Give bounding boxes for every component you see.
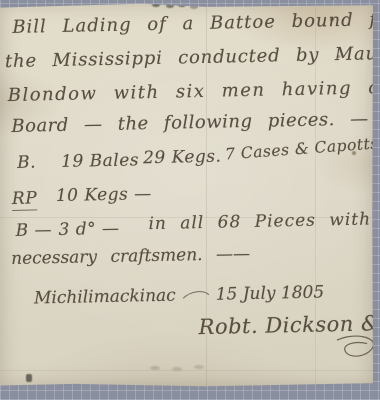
signature-flourish-icon: [333, 333, 380, 369]
body-line-3: Blondow with six men having on: [8, 77, 380, 106]
manifest-row2-kegs: 10 Kegs —: [56, 184, 152, 206]
body-line-1: Bill Lading of a Battoe bound for: [12, 9, 380, 38]
manifest-row1-bales: 19 Bales: [61, 150, 139, 172]
handwriting-layer: Bill Lading of a Battoe bound for the Mi…: [0, 0, 377, 387]
grid-board-background: Bill Lading of a Battoe bound for the Mi…: [0, 0, 380, 400]
manifest-row2-mark: RP: [12, 188, 38, 211]
ink-speck: [337, 55, 340, 58]
fold-crease-vertical-2: [315, 3, 316, 387]
manifest-row1-mark: B.: [17, 152, 36, 172]
manifest-row3-ditto: 3 d° —: [58, 219, 119, 240]
dateline: Michilimackinac 15 July 1805: [34, 282, 325, 308]
dateline-place: Michilimackinac: [34, 286, 176, 309]
fold-crease-horizontal-1: [0, 217, 373, 218]
manifest-row3-total: in all 68 Pieces with: [148, 209, 371, 234]
manifest-row1-kegs: 29 Kegs.: [143, 147, 222, 169]
ink-speck: [330, 18, 334, 21]
dateline-date: 15 July 1805: [216, 282, 325, 304]
manifest-row3-mark: B —: [15, 220, 52, 241]
fold-crease-horizontal-2: [0, 370, 373, 371]
top-edge-smudge: [152, 3, 160, 7]
manifest-row1-cases: 7 Cases & Capotts: [224, 134, 379, 163]
manuscript-paper: Bill Lading of a Battoe bound for the Mi…: [0, 3, 373, 387]
bottom-smudge: [150, 366, 160, 370]
body-line-2: the Mississippi conducted by Maurice: [5, 42, 380, 72]
fold-crease-vertical-1: [206, 3, 207, 387]
bottom-left-ink-mark: [26, 374, 32, 382]
manifest-continuation: necessary craftsmen. ——: [11, 244, 250, 269]
ink-speck: [352, 151, 356, 155]
